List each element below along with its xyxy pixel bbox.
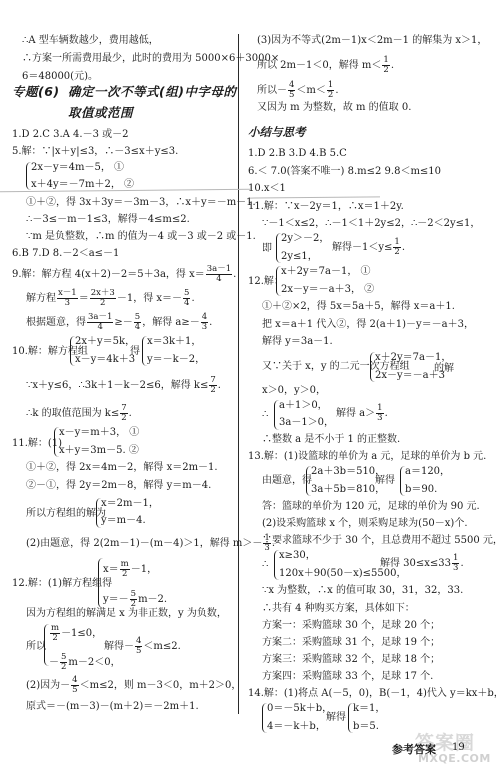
fraction: 13 (376, 404, 383, 423)
q12-line6: x＞0，y＞0， (262, 385, 326, 397)
text: ＝ (79, 293, 89, 304)
fraction: 2x＋32 (90, 289, 116, 308)
denominator: 2 (60, 663, 67, 672)
q10-eq1: 2x＋y＝5k， (75, 336, 135, 348)
denominator: 3 (376, 414, 383, 423)
q5-eq1: 2x－y＝4m－5， ① (31, 162, 124, 174)
q10-sol1: x＝3k＋1， (147, 336, 201, 348)
q12-line2: 因为方程组的解满足 x 为非正数，y 为负数， (26, 608, 227, 620)
text: ＜m≤2，则 m－3＜0，m＋2＞0， (80, 680, 242, 691)
q13-sol2: b＝90. (405, 484, 437, 496)
q11-eq1: x－y＝m＋3， ① (59, 427, 139, 439)
q11-line3: ②－①，得 2y＝2m－8，解得 y＝m－4. (26, 480, 211, 492)
denominator: 3 (201, 323, 208, 332)
q12-so-prefix: 所以 (26, 641, 46, 653)
fraction: 45 (71, 676, 78, 695)
q14-sol1: k＝1， (353, 703, 385, 715)
q13-part2-sys-prefix: ∴ (262, 559, 268, 571)
fraction: 3a－14 (206, 265, 232, 284)
denominator: 4 (183, 299, 190, 308)
q5-line: ①＋②，得 3x＋3y＝－3m－3，∴x＋y＝－m－1. (26, 197, 256, 209)
q11-sol1: x＝2m－1， (101, 498, 159, 510)
text: x＝ (103, 564, 119, 575)
text: ＜m≤2. (143, 641, 180, 652)
section-label: 专题(6) (12, 86, 60, 98)
q11-line2: ①＋②，得 2x＝4m－2，解得 x＝2m－1. (26, 462, 218, 474)
q13-plan: 方案二：采购篮球 31 个，足球 19 个； (262, 637, 440, 649)
q10-line2: ∵x＋y≤6，∴3k＋1－k－2≤6，解得 k≤72. (26, 376, 221, 395)
q13-part2-result: 解得 30≤x≤3313. (380, 554, 464, 573)
q12-line3: 把 x＝a＋1 代入②，得 2(a＋1)－y＝－a＋3， (262, 319, 474, 331)
denominator: 3 (452, 564, 459, 573)
text: ＜m＜ (296, 85, 325, 96)
fraction: m2 (50, 624, 60, 643)
q12-line2: ①＋②×2，得 5x＝5a＋5，解得 x＝a＋1. (262, 301, 455, 313)
q12-line-last: 原式＝－(m－3)－(m＋2)＝－2m＋1. (26, 701, 199, 713)
q9-line1: 9.解：解方程 4(x＋2)－2＝5＋3a，得 x＝3a－14. (12, 265, 236, 284)
q11-result: 解得－1＜y≤12. (332, 238, 405, 257)
denominator: 5 (288, 91, 295, 100)
q13-plan: 方案一：采购篮球 30 个，足球 20 个； (262, 620, 440, 632)
answers-6-8: 6.B 7.D 8.－2＜a≤－1 (12, 248, 119, 260)
denominator: 2 (382, 66, 389, 75)
q11-eq2: x＋y＝3m－5. ② (59, 445, 139, 457)
text-line: 6＝48000(元)。 (22, 71, 98, 83)
q10-eq2: x－y＝4k＋3 (75, 354, 135, 366)
q5-line: 5.解：∵|x＋y|≤3，∴－3≤x＋y≤3. (12, 146, 178, 158)
q11-line2: ∵－1＜x≤2，∴－1＜1＋2y≤2，∴－2＜2y≤1， (262, 218, 480, 230)
q13-plan: 方案四：采购篮球 33 个，足球 17 个. (262, 671, 433, 683)
text: 解得 a＞ (336, 408, 375, 419)
text: 所以 2m－1＜0，解得 m＜ (257, 60, 381, 71)
q13-part2-line4: ∵x 为整数，∴x 的值可取 30，31，32，33. (262, 585, 463, 597)
answer-key-page: ∴A 型车辆数越少，费用越低， ∴方案一所需费用最少，此时的费用为 5000×6… (0, 0, 500, 766)
denominator: 5 (135, 647, 142, 656)
q12-sys2-prefix: ∴ (262, 409, 268, 421)
text: 解方程 (26, 293, 56, 304)
q13-mid: 解得 (375, 475, 395, 487)
text: 解得－1＜y≤ (332, 242, 392, 253)
q11-line1: 11.解：∵x－2y＝1，∴x＝1＋2y. (248, 201, 404, 213)
answer-10: 10.x＜1 (248, 183, 286, 195)
denominator: 5 (71, 686, 78, 695)
q13-plan: 方案三：采购篮球 32 个，足球 18 个； (262, 654, 440, 666)
denominator: 2 (393, 248, 400, 257)
fraction: 12 (327, 81, 334, 100)
q5-line: ∴－3≤－m－1≤3，解得－4≤m≤2. (26, 214, 190, 226)
text: (2)由题意，得 2(2m－1)－(m－4)＞1，解得 m＞－ (26, 538, 262, 549)
q12-sys2-ineq2: 3a－1＞0， (279, 417, 334, 429)
text: －1，得 x＝－ (117, 293, 182, 304)
q9-line3: 根据题意，得3a－14≥－54，解得 a≥－43. (26, 313, 212, 332)
q13-answer: 答：篮球的单价为 120 元，足球的单价为 90 元. (262, 501, 480, 513)
q12-eq1: x＋2y＝7a－1， ① (281, 266, 371, 278)
fraction: x－13 (57, 289, 78, 308)
q10-sol2: y＝－k－2， (147, 354, 205, 366)
text-line: ∴方案一所需费用最少，此时的费用为 5000×6＋3000× (22, 53, 279, 65)
fraction: 12 (382, 56, 389, 75)
denominator: 2 (209, 386, 216, 395)
fraction: 12 (393, 238, 400, 257)
text: － (49, 657, 59, 668)
denominator: 2 (90, 299, 116, 308)
q11-sol2: y＝m－4. (101, 515, 146, 527)
page-number: 19 (452, 742, 465, 753)
text: m－2＜0， (68, 657, 120, 668)
text: 解得 30≤x≤33 (380, 558, 451, 569)
text: 解得－ (104, 641, 134, 652)
denominator: 2 (327, 91, 334, 100)
q13-prefix: 由题意，得 (262, 475, 312, 487)
q10-line3: ∴k 的取值范围为 k≤72. (26, 404, 132, 423)
denominator: 4 (206, 275, 232, 284)
fraction: 52 (60, 653, 67, 672)
q11-sol-prefix: 所以方程组的解为 (26, 508, 106, 520)
q12-sys2-result: 解得 a＞13. (336, 404, 388, 423)
text: ∵x＋y≤6，∴3k＋1－k－2≤6，解得 k≤ (26, 380, 208, 391)
text: 所以－ (257, 85, 287, 96)
text: ，解得 a≥－ (142, 317, 200, 328)
answers-6-9: 6.＜ 7.0(答案不唯一) 8.m≤2 9.8＜m≤10 (248, 166, 441, 178)
denominator: 4 (134, 323, 141, 332)
q10-mid: 得 (130, 346, 140, 358)
text: 根据题意，得 (26, 317, 86, 328)
q12p3-line3: 所以－45＜m＜12. (257, 81, 339, 100)
text-line: ∴A 型车辆数越少，费用越低， (22, 35, 159, 47)
fraction: 72 (209, 376, 216, 395)
fraction: 45 (288, 81, 295, 100)
q5-line: ∵m 是负整数，∴m 的值为－4 或－3 或－2 或－1. (26, 231, 256, 243)
fraction: 43 (201, 313, 208, 332)
q11-ineq2: 2y≤1， (281, 251, 318, 263)
q13-sol1: a＝120， (405, 466, 450, 478)
q13-part2-line1: (2)设采购篮球 x 个，则采购足球为(50－x)个. (262, 518, 468, 530)
answers-1-4: 1.D 2.C 3.A 4.－3 或－2 (12, 129, 129, 141)
q14-eq2: 4＝－k＋b， (267, 721, 326, 733)
text: 9.解：解方程 4(x＋2)－2＝5＋3a，得 x＝ (12, 269, 205, 280)
denominator: 3 (57, 299, 78, 308)
q13-part2-line2: ∵要求篮球不少于 30 个，且总费用不超过 5500 元， (262, 535, 500, 547)
fraction: 3a－14 (87, 313, 113, 332)
section-title-line2: 取值或范围 (68, 107, 133, 119)
q14-eq1: 0＝－5k＋b， (267, 703, 332, 715)
q13-line1: 13.解：(1)设篮球的单价为 a 元，足球的单价为 b 元. (248, 451, 486, 463)
q12-so-result: 解得－45＜m≤2. (104, 637, 181, 656)
q12-eq2: 2x－y＝－a＋3， ② (281, 284, 374, 296)
text: －1， (131, 564, 157, 575)
text: y＝－ (103, 594, 129, 605)
section-title: 小结与思考 (248, 126, 306, 138)
q11-prefix: 即 (262, 243, 272, 255)
fraction: 13 (452, 554, 459, 573)
footer-label: 参考答案 (392, 741, 436, 757)
q12-sys2-ineq1: a＋1＞0， (279, 400, 328, 412)
q12p3-line4: 又因为 m 为整数，故 m 的值取 0. (257, 102, 411, 114)
q12-sol2: y＝－52m－2. (103, 590, 167, 609)
q12-part2: (2)因为－45＜m≤2，则 m－3＜0，m＋2＞0， (26, 676, 241, 695)
q12-line-last: ∴整数 a 是不小于 1 的正整数. (262, 434, 400, 446)
text: ∴k 的取值范围为 k≤ (26, 408, 119, 419)
answers-1-5: 1.D 2.B 3.D 4.B 5.C (248, 148, 347, 160)
text: ≥－ (114, 317, 132, 328)
q13-part2-ineq1: x≥30， (279, 550, 316, 562)
q12-line4: 解得 y＝3a－1. (262, 336, 333, 348)
q12-ineq1: m2－1≤0， (49, 624, 102, 643)
q11-ineq1: 2y＞－2， (281, 233, 329, 245)
scan-artifact (250, 196, 380, 198)
fraction: 45 (135, 637, 142, 656)
denominator: 2 (120, 414, 127, 423)
fraction: 54 (134, 313, 141, 332)
q12-sol1: x＝m2－1， (103, 560, 157, 579)
denominator: 2 (50, 634, 60, 643)
section-title: 确定一次不等式(组)中字母的 (68, 86, 236, 98)
q14-sol2: b＝5. (353, 721, 379, 733)
denominator: 4 (87, 323, 113, 332)
text: (2)因为－ (26, 680, 70, 691)
text: m－2. (138, 594, 167, 605)
q9-line2: 解方程x－13＝2x＋32－1，得 x＝－54. (26, 289, 195, 308)
q12-line5-suffix: 的解 (434, 363, 454, 375)
text: －1≤0， (61, 628, 102, 639)
column-divider (238, 34, 239, 714)
fraction: 54 (183, 289, 190, 308)
q12p3-line1: (3)因为不等式(2m－1)x＜2m－1 的解集为 x＞1， (257, 35, 487, 47)
denominator: 2 (120, 570, 130, 579)
fraction: m2 (120, 560, 130, 579)
q12p3-line2: 所以 2m－1＜0，解得 m＜12. (257, 56, 394, 75)
q13-part2-line5: ∴共有 4 种购买方案，具体如下： (262, 603, 415, 615)
q14-mid: 解得 (326, 712, 346, 724)
q14-line1: 14.解：(1)将点 A(－5，0)，B(－1，4)代入 y＝kx＋b，得 (248, 688, 500, 700)
fraction: 52 (130, 590, 137, 609)
fraction: 72 (120, 404, 127, 423)
